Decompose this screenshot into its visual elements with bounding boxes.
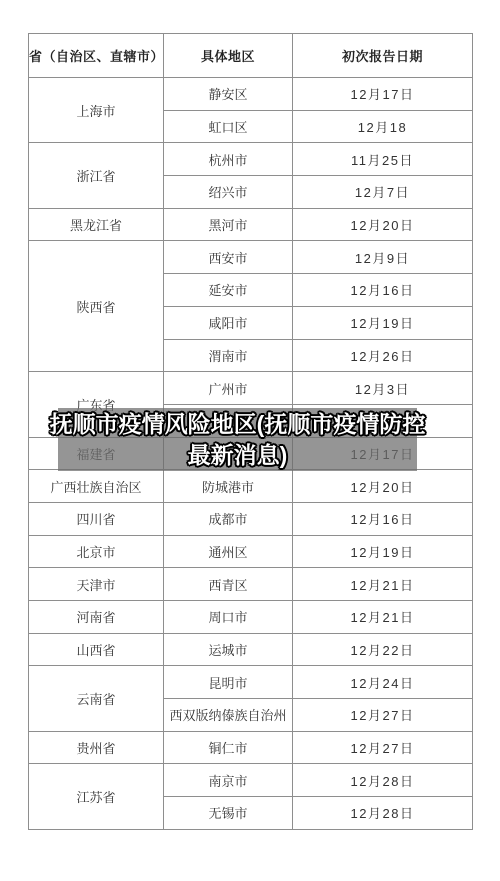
province-cell-yunnan: 云南省 <box>29 666 164 731</box>
headline-overlay: 抚顺市疫情风险地区(抚顺市疫情防控 最新消息) <box>58 408 417 471</box>
date-cell: 12月19日 <box>293 306 473 339</box>
region-cell: 黑河市 <box>164 208 293 241</box>
table-row: 陕西省 西安市 12月9日 <box>29 241 473 274</box>
date-cell: 12月16日 <box>293 502 473 535</box>
headline-line-2: 最新消息) <box>188 440 288 471</box>
date-cell: 12月28日 <box>293 797 473 830</box>
region-cell: 渭南市 <box>164 339 293 372</box>
province-cell-shanghai: 上海市 <box>29 78 164 143</box>
region-cell: 广州市 <box>164 372 293 405</box>
region-cell: 铜仁市 <box>164 731 293 764</box>
date-cell: 12月24日 <box>293 666 473 699</box>
date-cell: 12月21日 <box>293 568 473 601</box>
table-row: 山西省 运城市 12月22日 <box>29 633 473 666</box>
date-cell: 12月21日 <box>293 601 473 634</box>
province-cell-zhejiang: 浙江省 <box>29 143 164 208</box>
region-cell: 成都市 <box>164 502 293 535</box>
region-cell: 西双版纳傣族自治州 <box>164 699 293 732</box>
table-row: 云南省 昆明市 12月24日 <box>29 666 473 699</box>
table-row: 浙江省 杭州市 11月25日 <box>29 143 473 176</box>
column-header-region: 具体地区 <box>164 34 293 78</box>
region-cell: 咸阳市 <box>164 306 293 339</box>
date-cell: 12月17日 <box>293 78 473 111</box>
region-cell: 绍兴市 <box>164 176 293 209</box>
table-row: 贵州省 铜仁市 12月27日 <box>29 731 473 764</box>
province-cell-shaanxi: 陕西省 <box>29 241 164 372</box>
region-cell: 虹口区 <box>164 110 293 143</box>
region-cell: 南京市 <box>164 764 293 797</box>
date-cell: 12月26日 <box>293 339 473 372</box>
date-cell: 11月25日 <box>293 143 473 176</box>
region-cell: 运城市 <box>164 633 293 666</box>
date-cell: 12月16日 <box>293 274 473 307</box>
date-cell: 12月20日 <box>293 208 473 241</box>
date-cell: 12月3日 <box>293 372 473 405</box>
page: 省（自治区、直辖市） 具体地区 初次报告日期 上海市 静安区 12月17日 虹口… <box>0 0 500 881</box>
province-cell-jiangsu: 江苏省 <box>29 764 164 829</box>
region-cell: 周口市 <box>164 601 293 634</box>
region-cell: 杭州市 <box>164 143 293 176</box>
table-row: 天津市 西青区 12月21日 <box>29 568 473 601</box>
region-cell: 静安区 <box>164 78 293 111</box>
province-cell-beijing: 北京市 <box>29 535 164 568</box>
date-cell: 12月7日 <box>293 176 473 209</box>
region-cell: 延安市 <box>164 274 293 307</box>
header-row: 省（自治区、直辖市） 具体地区 初次报告日期 <box>29 34 473 78</box>
table-row: 上海市 静安区 12月17日 <box>29 78 473 111</box>
date-cell: 12月19日 <box>293 535 473 568</box>
table-row: 广西壮族自治区 防城港市 12月20日 <box>29 470 473 503</box>
province-cell-guangxi: 广西壮族自治区 <box>29 470 164 503</box>
province-cell-sichuan: 四川省 <box>29 502 164 535</box>
region-cell: 防城港市 <box>164 470 293 503</box>
province-cell-henan: 河南省 <box>29 601 164 634</box>
date-cell: 12月9日 <box>293 241 473 274</box>
region-cell: 西青区 <box>164 568 293 601</box>
date-cell: 12月20日 <box>293 470 473 503</box>
table-row: 广东省 广州市 12月3日 <box>29 372 473 405</box>
province-cell-shanxi: 山西省 <box>29 633 164 666</box>
table-row: 黑龙江省 黑河市 12月20日 <box>29 208 473 241</box>
region-cell: 西安市 <box>164 241 293 274</box>
region-cell: 无锡市 <box>164 797 293 830</box>
date-cell: 12月27日 <box>293 699 473 732</box>
column-header-report-date: 初次报告日期 <box>293 34 473 78</box>
region-cell: 通州区 <box>164 535 293 568</box>
region-cell: 昆明市 <box>164 666 293 699</box>
date-cell: 12月27日 <box>293 731 473 764</box>
column-header-province: 省（自治区、直辖市） <box>29 34 164 78</box>
province-cell-guizhou: 贵州省 <box>29 731 164 764</box>
table-row: 北京市 通州区 12月19日 <box>29 535 473 568</box>
province-cell-tianjin: 天津市 <box>29 568 164 601</box>
date-cell: 12月22日 <box>293 633 473 666</box>
headline-line-1: 抚顺市疫情风险地区(抚顺市疫情防控 <box>50 409 426 440</box>
table-row: 四川省 成都市 12月16日 <box>29 502 473 535</box>
table-row: 河南省 周口市 12月21日 <box>29 601 473 634</box>
date-cell: 12月28日 <box>293 764 473 797</box>
province-cell-heilongjiang: 黑龙江省 <box>29 208 164 241</box>
date-cell: 12月18 <box>293 110 473 143</box>
table-row: 江苏省 南京市 12月28日 <box>29 764 473 797</box>
